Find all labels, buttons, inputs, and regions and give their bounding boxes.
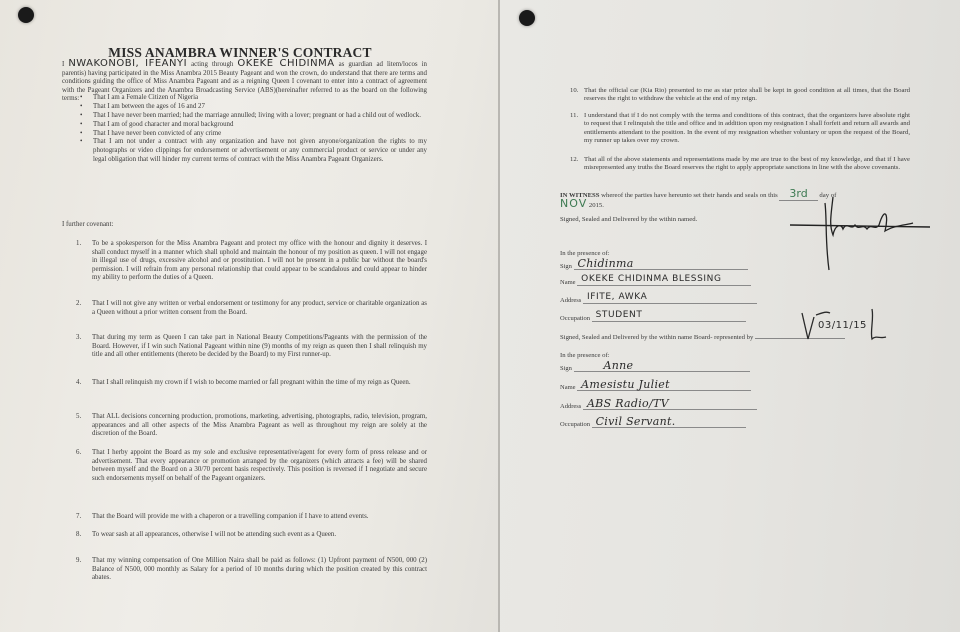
contract-page-left: MISS ANAMBRA WINNER'S CONTRACT I NWAKONO…	[0, 0, 499, 632]
intro-acting-through: acting through	[191, 61, 233, 68]
term-item: That I am of good character and moral ba…	[80, 121, 427, 130]
covenant-item: 1. To be a spokesperson for the Miss Ana…	[76, 240, 427, 283]
witness2-signature: Anne	[574, 360, 750, 372]
witness2-address-field: Address ABS Radio/TV	[560, 398, 757, 410]
covenant-item: 10. That the official car (Kia Rio) pres…	[570, 87, 910, 104]
covenant-number: 4.	[76, 379, 81, 388]
witness1-name: OKEKE CHIDINMA BLESSING	[577, 274, 751, 286]
witness2-occupation-field: Occupation Civil Servant.	[560, 416, 746, 428]
covenant-item: 9. That my winning compensation of One M…	[76, 557, 427, 583]
witness-year: 2015.	[589, 202, 604, 209]
witness1-occupation: STUDENT	[592, 310, 746, 322]
witness2-occupation: Civil Servant.	[592, 416, 746, 428]
covenant-number: 10.	[570, 87, 578, 95]
covenant-text: To be a spokesperson for the Miss Anambr…	[92, 240, 427, 283]
covenant-text: That I shall relinquish my crown if I wi…	[92, 379, 427, 388]
covenant-item: 7. That the Board will provide me with a…	[76, 513, 427, 522]
term-item: That I am not under a contract with any …	[80, 138, 427, 164]
covenant-item: 6. That I herby appoint the Board as my …	[76, 449, 427, 483]
covenant-number: 1.	[76, 240, 81, 249]
covenant-text: That my winning compensation of One Mill…	[92, 557, 427, 583]
witness1-address-field: Address IFITE, AWKA	[560, 292, 757, 304]
witness1-occupation-field: Occupation STUDENT	[560, 310, 746, 322]
further-covenant-label: I further covenant:	[62, 221, 113, 230]
witness1-signature: Chidinma	[574, 258, 748, 270]
covenant-item: 4. That I shall relinquish my crown if I…	[76, 379, 427, 388]
covenant-number: 11.	[570, 112, 578, 120]
covenant-text: That I will not give any written or verb…	[92, 300, 427, 317]
covenant-number: 7.	[76, 513, 81, 522]
covenant-number: 9.	[76, 557, 81, 566]
covenant-text: That all of the above statements and rep…	[584, 156, 910, 173]
witness2-sign-field: Sign Anne	[560, 360, 750, 372]
covenant-item: 11. I understand that if I do not comply…	[570, 112, 910, 146]
covenant-item: 3. That during my term as Queen I can ta…	[76, 334, 427, 360]
punch-hole	[18, 7, 34, 23]
witness1-address: IFITE, AWKA	[583, 292, 757, 304]
witness-text: whereof the parties have hereunto set th…	[601, 192, 778, 199]
term-item: That I have never been convicted of any …	[80, 130, 427, 139]
covenant-number: 3.	[76, 334, 81, 343]
covenant-number: 2.	[76, 300, 81, 309]
terms-list: That I am a Female Citizen of Nigeria Th…	[80, 94, 427, 165]
winner-signature	[785, 195, 935, 275]
covenant-text: That the official car (Kia Rio) presente…	[584, 87, 910, 104]
handwritten-winner-name: NWAKONOBI, IFEANYI	[68, 58, 187, 69]
covenant-number: 6.	[76, 449, 81, 458]
witness2-address: ABS Radio/TV	[583, 398, 757, 410]
covenant-number: 8.	[76, 531, 81, 540]
covenant-item: 5. That ALL decisions concerning product…	[76, 413, 427, 439]
witness1-sign-field: Sign Chidinma	[560, 258, 748, 270]
witness2-name-field: Name Amesistu Juliet	[560, 379, 751, 391]
covenant-item: 8. To wear sash at all appearances, othe…	[76, 531, 427, 540]
term-item: That I am a Female Citizen of Nigeria	[80, 94, 427, 103]
covenant-text: To wear sash at all appearances, otherwi…	[92, 531, 427, 540]
witness2-name: Amesistu Juliet	[577, 379, 751, 391]
covenant-number: 5.	[76, 413, 81, 422]
handwritten-guardian-name: OKEKE CHIDINMA	[237, 58, 334, 69]
board-signature-date: 03/11/15	[818, 320, 867, 331]
covenant-number: 12.	[570, 156, 578, 164]
covenant-item: 12. That all of the above statements and…	[570, 156, 910, 173]
covenant-text: That during my term as Queen I can take …	[92, 334, 427, 360]
covenant-text: That I herby appoint the Board as my sol…	[92, 449, 427, 483]
handwritten-month: NOV	[560, 197, 587, 210]
punch-hole	[519, 10, 535, 26]
signed-by-named: Signed, Sealed and Delivered by the with…	[560, 216, 697, 224]
term-item: That I am between the ages of 16 and 27	[80, 103, 427, 112]
term-item: That I have never been married; had the …	[80, 112, 427, 121]
covenant-text: I understand that if I do not comply wit…	[584, 112, 910, 146]
witness1-name-field: Name OKEKE CHIDINMA BLESSING	[560, 274, 751, 286]
covenant-item: 2. That I will not give any written or v…	[76, 300, 427, 317]
intro-prefix: I	[62, 61, 64, 68]
contract-page-right: 10. That the official car (Kia Rio) pres…	[500, 0, 960, 632]
covenant-text: That ALL decisions concerning production…	[92, 413, 427, 439]
covenant-text: That the Board will provide me with a ch…	[92, 513, 427, 522]
